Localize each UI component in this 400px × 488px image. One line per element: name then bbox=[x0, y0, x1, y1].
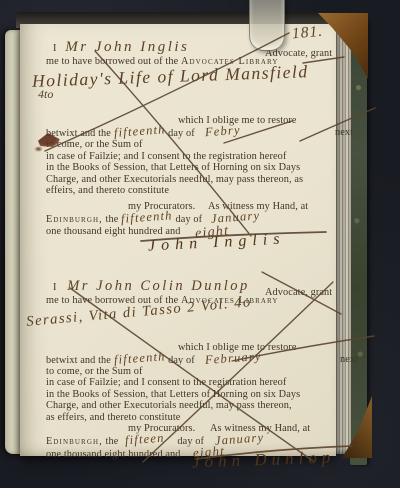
session-line: in the Books of Session, that Letters of… bbox=[46, 162, 328, 174]
return-day: fifteenth bbox=[113, 124, 165, 139]
the-text: the bbox=[106, 436, 119, 447]
ink-stain-small bbox=[34, 146, 43, 152]
vellum-bookmark-tab bbox=[249, 0, 285, 51]
day-of-text: day of bbox=[168, 355, 195, 366]
signature: John Dunlop bbox=[192, 448, 336, 473]
fore-edge-page-stack bbox=[334, 26, 351, 454]
charge-line: Charge, and other Executorials needful, … bbox=[46, 174, 328, 186]
year-text: one thousand eight hundred and bbox=[46, 226, 181, 237]
printed-pronoun: I bbox=[53, 43, 57, 54]
register-page: 181. I Mr John Inglis Advocate, grant me… bbox=[20, 24, 336, 456]
year-text: one thousand eight hundred and bbox=[46, 449, 181, 460]
edinburgh-word: Edinburgh, bbox=[46, 214, 103, 225]
signed-day: fifteen bbox=[125, 433, 165, 447]
charge-line: Charge, and other Executorials needful, … bbox=[46, 400, 328, 412]
failzie-line: in case of Failzie; and I consent to the… bbox=[46, 377, 328, 389]
sum-line: to come, or the Sum of bbox=[46, 366, 328, 378]
borrower-name: Mr John Inglis bbox=[65, 39, 189, 55]
next-word: next bbox=[340, 354, 358, 366]
printed-pronoun: I bbox=[53, 282, 57, 293]
marbled-board-edge bbox=[350, 21, 367, 465]
signed-day: fifteenth bbox=[121, 210, 173, 225]
effeirs-line: as effeirs, and thereto constitute bbox=[46, 412, 328, 424]
book-format: 4to bbox=[38, 87, 53, 102]
return-month: February bbox=[205, 351, 262, 366]
sum-line: to come, or the Sum of bbox=[46, 139, 328, 151]
signed-month: January bbox=[210, 210, 260, 225]
grant-line: I Mr John Inglis Advocate, grant bbox=[53, 42, 335, 55]
register-photo: 181. I Mr John Inglis Advocate, grant me… bbox=[0, 0, 400, 488]
page-number: 181. bbox=[291, 23, 324, 44]
grant-line: I Mr John Colin Dunlop Advocate, grant bbox=[53, 281, 335, 294]
effeirs-line: effeirs, and thereto constitute bbox=[46, 185, 328, 197]
session-line: in the Books of Session, that Letters of… bbox=[46, 389, 328, 401]
next-word: next bbox=[335, 127, 353, 139]
return-day: fifteenth bbox=[113, 351, 165, 366]
the-text: the bbox=[106, 214, 119, 225]
borrower-name: Mr John Colin Dunlop bbox=[67, 278, 250, 294]
borrowed-text: me to have borrowed out of the bbox=[46, 56, 178, 67]
edinburgh-word: Edinburgh, bbox=[46, 436, 103, 447]
day-of-text: day of bbox=[168, 128, 195, 139]
return-month: Febry bbox=[205, 125, 242, 139]
betwixt-text: betwixt and the bbox=[46, 355, 111, 366]
day-of-text-2: day of bbox=[176, 214, 203, 225]
failzie-line: in case of Failzie; and I consent to the… bbox=[46, 151, 328, 163]
betwixt-line: betwixt and the fifteenth day of Febry n… bbox=[46, 127, 328, 140]
